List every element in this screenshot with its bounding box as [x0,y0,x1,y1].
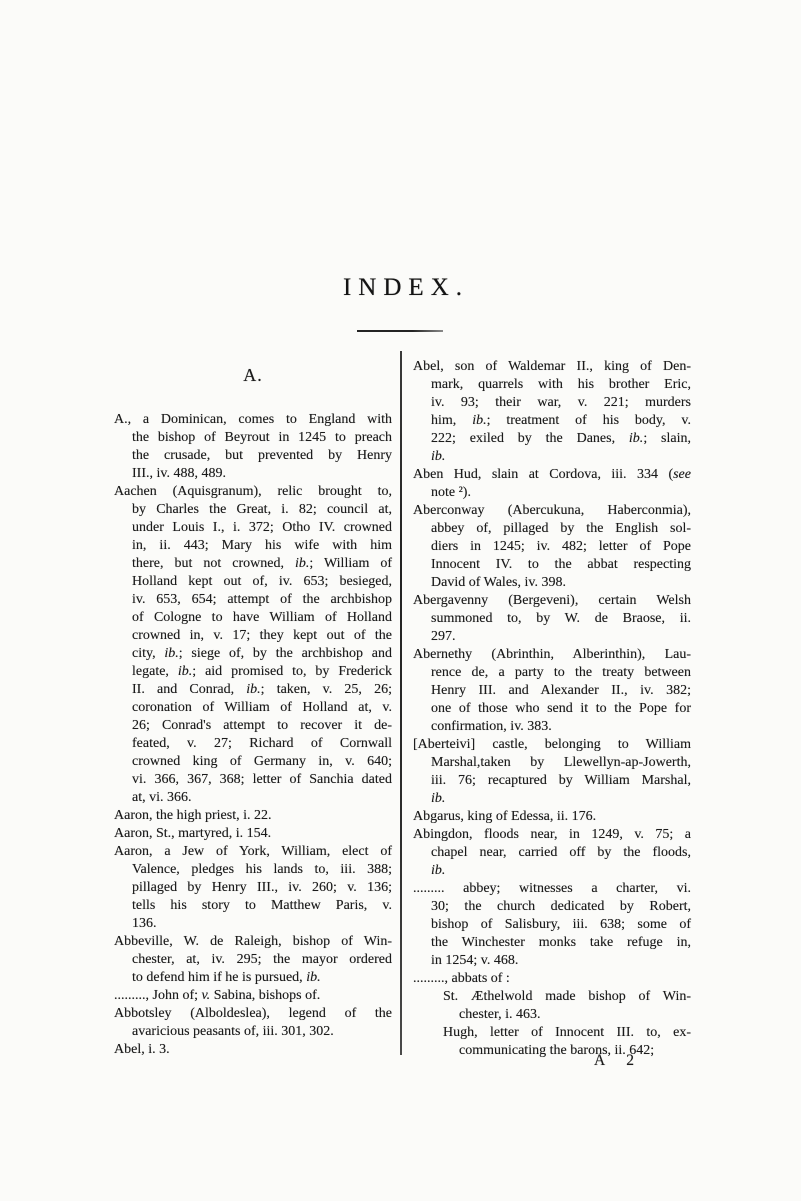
entry-line: Holland kept out of, iv. 653; besieged, [114,573,392,591]
title-rule [357,330,443,332]
entry-line: Innocent IV. to the abbat respecting [413,556,691,574]
entry-line: ......... abbey; witnesses a charter, vi… [413,880,691,898]
entry-line: communicating the barons, ii. 642; [413,1042,691,1060]
entry-line: bishop of Salisbury, iii. 638; some of [413,916,691,934]
index-entry: [Aberteivi] castle, belonging to William… [413,736,691,808]
index-entry: Abgarus, king of Edessa, ii. 176. [413,808,691,826]
entry-line: rence de, a party to the treaty between [413,664,691,682]
entry-line: chapel near, carried off by the floods, [413,844,691,862]
index-entry: Abel, i. 3. [114,1041,392,1059]
index-entry: Aberconway (Abercukuna, Haberconmia),abb… [413,502,691,592]
entry-line: Valence, pledges his lands to, iii. 388; [114,861,392,879]
entry-line: [Aberteivi] castle, belonging to William [413,736,691,754]
entry-line: tells his story to Matthew Paris, v. [114,897,392,915]
index-entry: Aben Hud, slain at Cordova, iii. 334 (se… [413,466,691,502]
entry-line: Abbotsley (Alboldeslea), legend of the [114,1005,392,1023]
entry-line: under Louis I., i. 372; Otho IV. crowned [114,519,392,537]
entry-line: chester, at, iv. 295; the mayor ordered [114,951,392,969]
section-heading: A. [114,365,392,385]
entry-line: note ²). [413,484,691,502]
index-entry: Abbotsley (Alboldeslea), legend of theav… [114,1005,392,1041]
index-entry: A., a Dominican, comes to England withth… [114,411,392,483]
entry-line: feated, v. 27; Richard of Cornwall [114,735,392,753]
entry-line: in, ii. 443; Mary his wife with him [114,537,392,555]
entry-line: Henry III. and Alexander II., iv. 382; [413,682,691,700]
entry-line: of Cologne to have William of Holland [114,609,392,627]
entry-line: Abel, i. 3. [114,1041,392,1059]
entry-line: chester, i. 463. [413,1006,691,1024]
entry-line: him, ib.; treatment of his body, v. [413,412,691,430]
entry-line: vi. 366, 367, 368; letter of Sanchia dat… [114,771,392,789]
entry-line: iii. 76; recaptured by William Marshal, [413,772,691,790]
entry-line: 136. [114,915,392,933]
index-entry: Abernethy (Abrinthin, Alberinthin), Lau-… [413,646,691,736]
entry-line: mark, quarrels with his brother Eric, [413,376,691,394]
entry-line: 222; exiled by the Danes, ib.; slain, [413,430,691,448]
index-entry: Abergavenny (Bergeveni), certain Welshsu… [413,592,691,646]
entry-line: Abel, son of Waldemar II., king of Den- [413,358,691,376]
entry-line: city, ib.; siege of, by the archbishop a… [114,645,392,663]
index-entry: Hugh, letter of Innocent III. to, ex-com… [413,1024,691,1060]
entry-line: Abbeville, W. de Raleigh, bishop of Win- [114,933,392,951]
entry-line: David of Wales, iv. 398. [413,574,691,592]
right-column: Abel, son of Waldemar II., king of Den-m… [413,352,691,1060]
entry-line: crowned in, v. 17; they kept out of the [114,627,392,645]
right-column-entries: Abel, son of Waldemar II., king of Den-m… [413,358,691,1060]
index-entry: Aachen (Aquisgranum), relic brought to,b… [114,483,392,807]
entry-line: St. Æthelwold made bishop of Win- [413,988,691,1006]
entry-line: Abingdon, floods near, in 1249, v. 75; a [413,826,691,844]
index-entry: Abbeville, W. de Raleigh, bishop of Win-… [114,933,392,987]
entry-line: iv. 653, 654; attempt of the archbishop [114,591,392,609]
entry-line: Abgarus, king of Edessa, ii. 176. [413,808,691,826]
entry-line: to defend him if he is pursued, ib. [114,969,392,987]
index-entry: ......... abbey; witnesses a charter, vi… [413,880,691,970]
entry-line: ib. [413,790,691,808]
entry-line: Aben Hud, slain at Cordova, iii. 334 (se… [413,466,691,484]
index-entry: St. Æthelwold made bishop of Win-chester… [413,988,691,1024]
entry-line: there, but not crowned, ib.; William of [114,555,392,573]
index-entry: ........., John of; v. Sabina, bishops o… [114,987,392,1005]
entry-line: abbey of, pillaged by the English sol- [413,520,691,538]
entry-line: the bishop of Beyrout in 1245 to preach [114,429,392,447]
entry-line: by Charles the Great, i. 82; council at, [114,501,392,519]
index-entry: Aaron, a Jew of York, William, elect ofV… [114,843,392,933]
index-entry: Aaron, the high priest, i. 22. [114,807,392,825]
entry-line: 30; the church dedicated by Robert, [413,898,691,916]
entry-line: ib. [413,862,691,880]
scanned-index-page: INDEX. A. A., a Dominican, comes to Engl… [0,0,801,1201]
entry-line: Aachen (Aquisgranum), relic brought to, [114,483,392,501]
entry-line: iv. 93; their war, v. 221; murders [413,394,691,412]
entry-line: Aaron, a Jew of York, William, elect of [114,843,392,861]
entry-line: II. and Conrad, ib.; taken, v. 25, 26; [114,681,392,699]
left-column: A. A., a Dominican, comes to England wit… [114,352,392,1059]
entry-line: the Winchester monks take refuge in, [413,934,691,952]
left-column-entries: A., a Dominican, comes to England withth… [114,411,392,1059]
entry-line: the crusade, but prevented by Henry [114,447,392,465]
index-entry: ........., abbats of : [413,970,691,988]
entry-line: ........., abbats of : [413,970,691,988]
entry-line: Aaron, St., martyred, i. 154. [114,825,392,843]
entry-line: Abernethy (Abrinthin, Alberinthin), Lau- [413,646,691,664]
entry-line: diers in 1245; iv. 482; letter of Pope [413,538,691,556]
entry-line: pillaged by Henry III., iv. 260; v. 136; [114,879,392,897]
entry-line: confirmation, iv. 383. [413,718,691,736]
entry-line: Aberconway (Abercukuna, Haberconmia), [413,502,691,520]
entry-line: one of those who send it to the Pope for [413,700,691,718]
column-divider [400,351,402,1055]
entry-line: at, vi. 366. [114,789,392,807]
signature-mark: A 2 [594,1052,643,1070]
entry-line: A., a Dominican, comes to England with [114,411,392,429]
entry-line: crowned king of Germany in, v. 640; [114,753,392,771]
entry-line: Aaron, the high priest, i. 22. [114,807,392,825]
entry-line: summoned to, by W. de Braose, ii. [413,610,691,628]
entry-line: Hugh, letter of Innocent III. to, ex- [413,1024,691,1042]
entry-line: ib. [413,448,691,466]
entry-line: III., iv. 488, 489. [114,465,392,483]
entry-line: Abergavenny (Bergeveni), certain Welsh [413,592,691,610]
entry-line: ........., John of; v. Sabina, bishops o… [114,987,392,1005]
entry-line: coronation of William of Holland at, v. [114,699,392,717]
index-entry: Abingdon, floods near, in 1249, v. 75; a… [413,826,691,880]
page-title: INDEX. [114,274,691,302]
index-entry: Aaron, St., martyred, i. 154. [114,825,392,843]
entry-line: 297. [413,628,691,646]
entry-line: 26; Conrad's attempt to recover it de- [114,717,392,735]
entry-line: in 1254; v. 468. [413,952,691,970]
entry-line: avaricious peasants of, iii. 301, 302. [114,1023,392,1041]
index-entry: Abel, son of Waldemar II., king of Den-m… [413,358,691,466]
entry-line: legate, ib.; aid promised to, by Frederi… [114,663,392,681]
entry-line: Marshal,taken by Llewellyn-ap-Jowerth, [413,754,691,772]
